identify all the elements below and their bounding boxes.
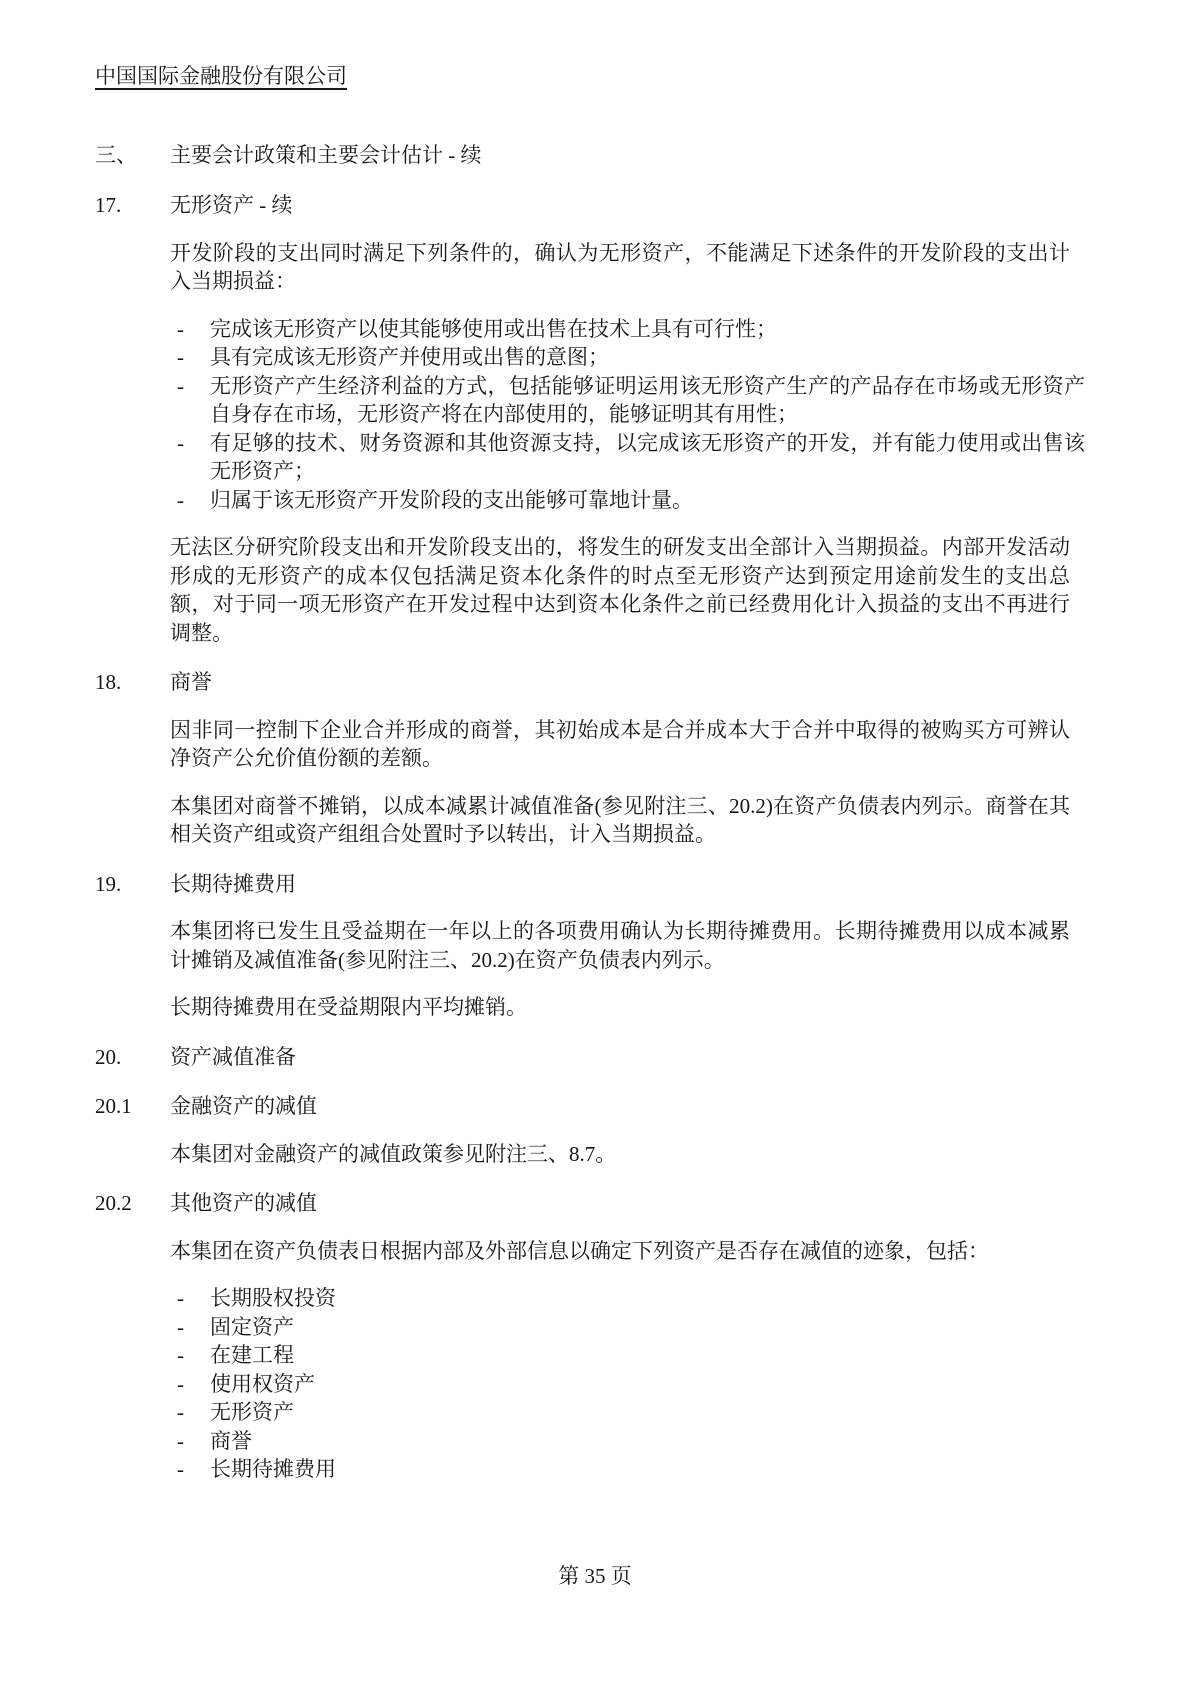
- condition-text: 有足够的技术、财务资源和其他资源支持，以完成该无形资产的开发，并有能力使用或出售…: [210, 429, 1085, 486]
- asset-text: 无形资产: [210, 1398, 1085, 1427]
- chapter-title: 主要会计政策和主要会计估计 - 续: [170, 141, 1105, 170]
- bullet-dash-marker: -: [170, 343, 210, 372]
- bullet-dash-marker: -: [170, 372, 210, 429]
- section-17-number: 17.: [95, 191, 170, 220]
- asset-item: - 长期股权投资: [170, 1284, 1105, 1313]
- bullet-dash-marker: -: [170, 1455, 210, 1484]
- asset-item: - 无形资产: [170, 1398, 1105, 1427]
- section-20-2-title: 其他资产的减值: [170, 1189, 1105, 1218]
- section-19-number: 19.: [95, 870, 170, 899]
- asset-text: 固定资产: [210, 1313, 1085, 1342]
- page-footer: 第 35 页: [0, 1562, 1190, 1591]
- condition-item: - 归属于该无形资产开发阶段的支出能够可靠地计量。: [170, 486, 1105, 515]
- chapter-number: 三、: [95, 141, 170, 170]
- bullet-dash-marker: -: [170, 1370, 210, 1399]
- condition-item: - 完成该无形资产以使其能够使用或出售在技术上具有可行性；: [170, 315, 1105, 344]
- bullet-dash-marker: -: [170, 1284, 210, 1313]
- section-18-heading: 18. 商誉: [95, 668, 1105, 697]
- section-18-paragraph-2: 本集团对商誉不摊销，以成本减累计减值准备(参见附注三、20.2)在资产负债表内列…: [170, 792, 1070, 849]
- section-19-paragraph-1: 本集团将已发生且受益期在一年以上的各项费用确认为长期待摊费用。长期待摊费用以成本…: [170, 917, 1070, 974]
- section-20-1-number: 20.1: [95, 1092, 170, 1121]
- section-18-number: 18.: [95, 668, 170, 697]
- section-17-intro-paragraph: 开发阶段的支出同时满足下列条件的，确认为无形资产，不能满足下述条件的开发阶段的支…: [170, 239, 1070, 296]
- section-20-2-heading: 20.2 其他资产的减值: [95, 1189, 1105, 1218]
- impairment-asset-list: - 长期股权投资 - 固定资产 - 在建工程 - 使用权资产 - 无形资产 - …: [170, 1284, 1105, 1484]
- asset-item: - 固定资产: [170, 1313, 1105, 1342]
- condition-text: 完成该无形资产以使其能够使用或出售在技术上具有可行性；: [210, 315, 1085, 344]
- condition-item: - 具有完成该无形资产并使用或出售的意图；: [170, 343, 1105, 372]
- section-19-heading: 19. 长期待摊费用: [95, 870, 1105, 899]
- condition-text: 无形资产产生经济利益的方式，包括能够证明运用该无形资产生产的产品存在市场或无形资…: [210, 372, 1085, 429]
- asset-item: - 商誉: [170, 1427, 1105, 1456]
- chapter-heading: 三、 主要会计政策和主要会计估计 - 续: [95, 141, 1105, 170]
- section-20-number: 20.: [95, 1043, 170, 1072]
- asset-text: 长期待摊费用: [210, 1455, 1085, 1484]
- condition-text: 具有完成该无形资产并使用或出售的意图；: [210, 343, 1085, 372]
- asset-text: 长期股权投资: [210, 1284, 1085, 1313]
- company-name: 中国国际金融股份有限公司: [95, 62, 347, 91]
- document-page: 中国国际金融股份有限公司 三、 主要会计政策和主要会计估计 - 续 17. 无形…: [0, 0, 1190, 1684]
- section-17-closing-paragraph: 无法区分研究阶段支出和开发阶段支出的，将发生的研发支出全部计入当期损益。内部开发…: [170, 533, 1070, 647]
- section-20-title: 资产减值准备: [170, 1043, 1105, 1072]
- condition-item: - 无形资产产生经济利益的方式，包括能够证明运用该无形资产生产的产品存在市场或无…: [170, 372, 1105, 429]
- section-17-title: 无形资产 - 续: [170, 191, 1105, 220]
- section-19-title: 长期待摊费用: [170, 870, 1105, 899]
- bullet-dash-marker: -: [170, 429, 210, 486]
- bullet-dash-marker: -: [170, 1427, 210, 1456]
- bullet-dash-marker: -: [170, 315, 210, 344]
- asset-text: 商誉: [210, 1427, 1085, 1456]
- asset-text: 在建工程: [210, 1341, 1085, 1370]
- asset-item: - 长期待摊费用: [170, 1455, 1105, 1484]
- asset-text: 使用权资产: [210, 1370, 1085, 1399]
- bullet-dash-marker: -: [170, 1313, 210, 1342]
- section-17-heading: 17. 无形资产 - 续: [95, 191, 1105, 220]
- section-18-title: 商誉: [170, 668, 1105, 697]
- bullet-dash-marker: -: [170, 486, 210, 515]
- bullet-dash-marker: -: [170, 1341, 210, 1370]
- section-20-2-number: 20.2: [95, 1189, 170, 1218]
- condition-text: 归属于该无形资产开发阶段的支出能够可靠地计量。: [210, 486, 1085, 515]
- section-20-heading: 20. 资产减值准备: [95, 1043, 1105, 1072]
- page-content: 中国国际金融股份有限公司 三、 主要会计政策和主要会计估计 - 续 17. 无形…: [0, 0, 1190, 1484]
- section-18-paragraph-1: 因非同一控制下企业合并形成的商誉，其初始成本是合并成本大于合并中取得的被购买方可…: [170, 716, 1070, 773]
- section-17-condition-list: - 完成该无形资产以使其能够使用或出售在技术上具有可行性； - 具有完成该无形资…: [170, 315, 1105, 515]
- asset-item: - 在建工程: [170, 1341, 1105, 1370]
- section-20-1-paragraph: 本集团对金融资产的减值政策参见附注三、8.7。: [170, 1140, 1070, 1169]
- asset-item: - 使用权资产: [170, 1370, 1105, 1399]
- page-number-label: 第 35 页: [558, 1564, 632, 1588]
- condition-item: - 有足够的技术、财务资源和其他资源支持，以完成该无形资产的开发，并有能力使用或…: [170, 429, 1105, 486]
- section-19-paragraph-2: 长期待摊费用在受益期限内平均摊销。: [170, 993, 1070, 1022]
- bullet-dash-marker: -: [170, 1398, 210, 1427]
- section-20-1-heading: 20.1 金融资产的减值: [95, 1092, 1105, 1121]
- section-20-2-paragraph: 本集团在资产负债表日根据内部及外部信息以确定下列资产是否存在减值的迹象，包括：: [170, 1237, 1070, 1266]
- section-20-1-title: 金融资产的减值: [170, 1092, 1105, 1121]
